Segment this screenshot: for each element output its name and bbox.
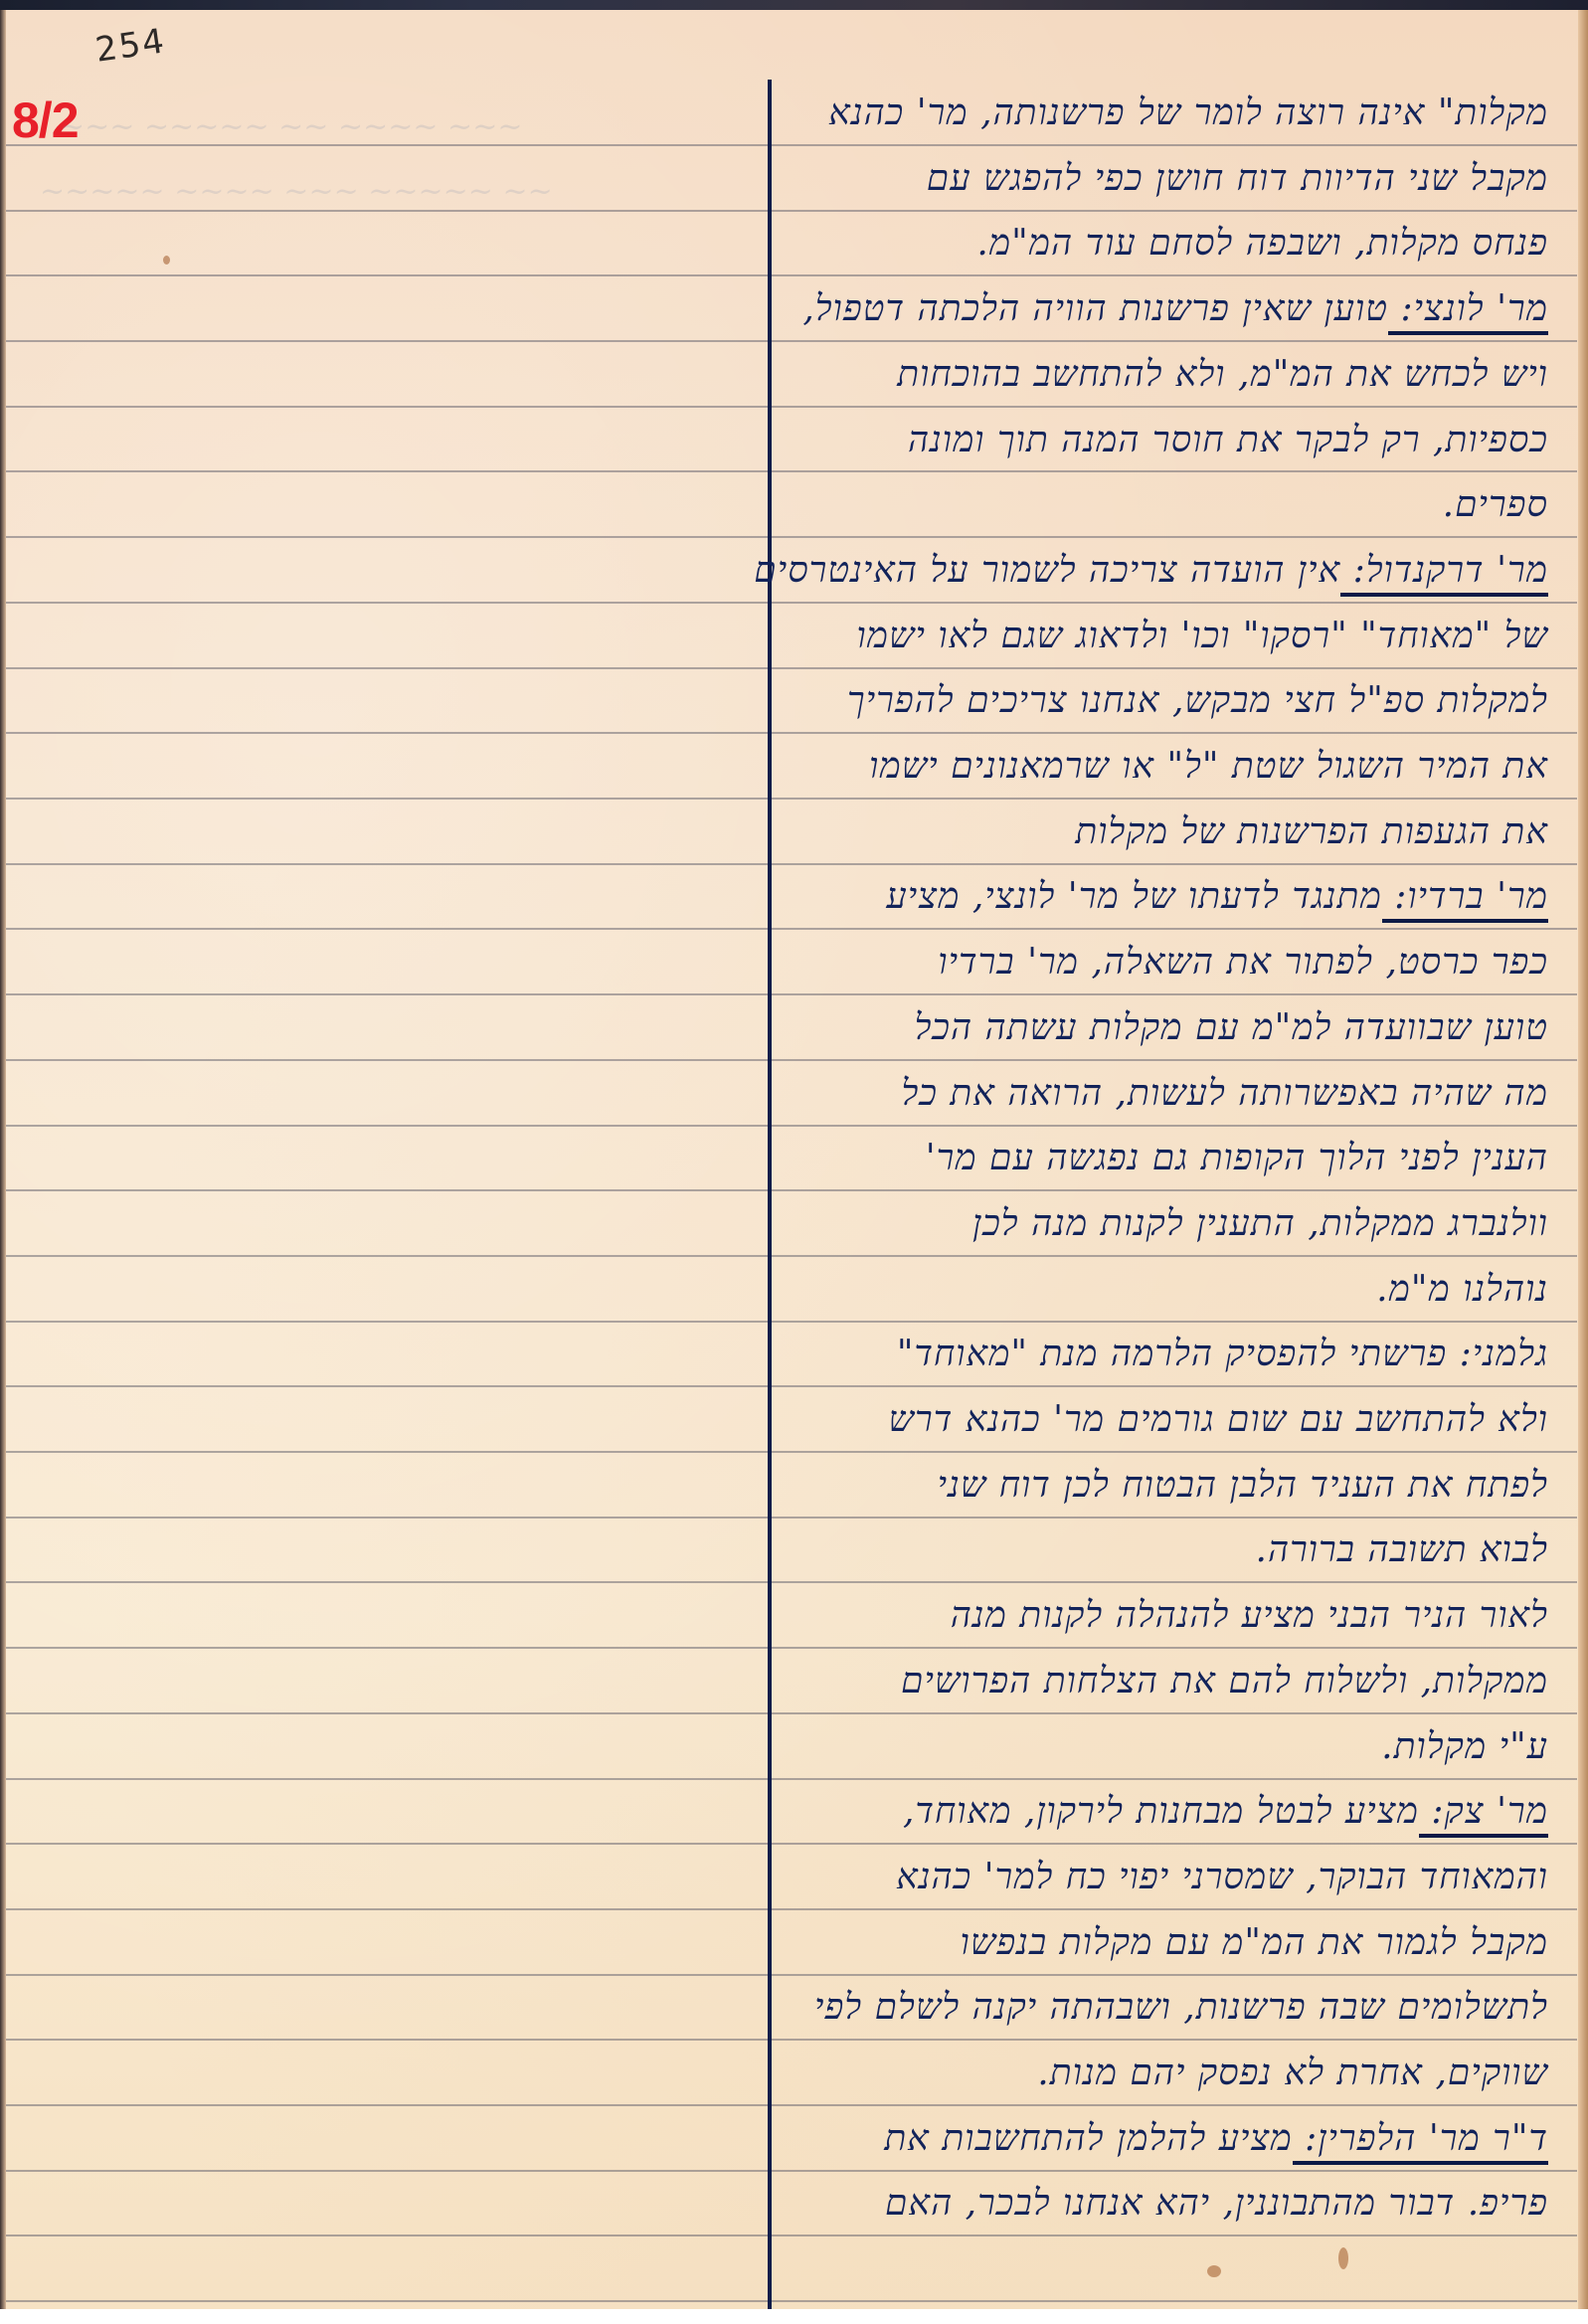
line-text: מתנגד לדעתו של מר' לונצי, מציע [886,876,1381,917]
line-text: למקלות ספ"ל חצי מבקש, אנחנו צריכים להפרי… [847,680,1548,721]
handwritten-line: פריפ. דבור מהתבוננין, יהא אנחנו לבכר, הא… [885,2182,1548,2224]
line-text: לבוא תשובה ברורה. [1256,1529,1548,1570]
ink-stain [1338,2247,1348,2269]
center-margin-line [768,80,772,2309]
speaker-label: מר' צק: [1419,1791,1548,1838]
ruled-line [6,2170,1577,2172]
bleed-through-text: ‎~~~ ~~~~ ~~ ~~~~~ ~~~ [60,109,522,144]
ruled-line [6,1778,1577,1780]
ink-stain [163,256,170,265]
line-text: טוען שבוועדה למ"מ עם מקלות עשתה הכל [915,1007,1548,1048]
speaker-label: ד"ר מר' הלפרין: [1293,2118,1548,2165]
handwritten-line: כפר כרסט, לפתור את השאלה, מר' ברדיו [938,941,1548,983]
line-text: פנחס מקלות, ושבפה לסחם עוד המ"מ. [976,223,1548,264]
ruled-line [6,732,1577,734]
ruled-line [6,1385,1577,1387]
ruled-line [6,798,1577,800]
handwritten-line: הענין לפני הלוך הקופות גם נפגשה עם מר' [926,1137,1548,1178]
line-text: מקבל שני הדיוות דוח חושן כפי להפגש עם [927,158,1548,199]
ruled-line [6,2104,1577,2106]
line-text: כפר כרסט, לפתור את השאלה, מר' ברדיו [938,942,1548,983]
handwritten-line: ויש לכחש את המ"מ, ולא להתחשב בהוכחות [897,353,1548,395]
handwritten-line: לתשלומים שבה פרשנות, ושבהתה יקנה לשלם לפ… [814,1986,1548,2028]
handwritten-line: ד"ר מר' הלפרין: מציע להלמן להתחשבות את [884,2117,1548,2159]
bleed-through-text: ~~ ~~~~~ ~~~ ~~~~ ~~~~~ [40,174,553,209]
handwritten-line: מר' לונצי: טוען שאין פרשנות הוויה הלכתה … [802,287,1548,329]
ruled-line [6,1125,1577,1127]
handwritten-line: מר' צק: מציע לבטל מבחנות לירקון, מאוחד, [903,1790,1548,1832]
handwritten-line: שווקים, אחרת לא נפסק יהם מנות. [1037,2052,1548,2093]
ruled-line [6,1581,1577,1583]
ink-stain [1207,2265,1221,2277]
ruled-line [6,1189,1577,1191]
ruled-line [6,274,1577,276]
line-text: כספיות, רק לבקר את חוסר המנה תוך ומונה [908,420,1548,460]
handwritten-line: כספיות, רק לבקר את חוסר המנה תוך ומונה [908,419,1548,460]
ruled-line [6,406,1577,408]
ruled-line [6,1059,1577,1061]
handwritten-line: גלמני: פרשתי להפסיק הלרמה מנת "מאוחד" [897,1333,1548,1374]
line-text: את הגעפות הפרשנות של מקלות [1075,811,1548,852]
line-text: מה שהיה באפשרותה לעשות, הרואה את כל [902,1073,1548,1114]
handwritten-line: ספרים. [1443,483,1548,525]
line-text: מציע להלמן להתחשבות את [884,2118,1292,2159]
ruled-line [6,1908,1577,1910]
ruled-line [6,2235,1577,2236]
line-text: ספרים. [1443,484,1548,525]
ruled-line [6,1321,1577,1323]
speaker-label: מר' לונצי: [1388,288,1548,335]
ruled-line [6,144,1577,146]
line-text: וולנברג ממקלות, התענין לקנות מנה לכן [972,1203,1548,1244]
ruled-line [6,1647,1577,1649]
ruled-line [6,1843,1577,1845]
ruled-line [6,1255,1577,1257]
handwritten-line: של "מאוחד" "רסקו" וכו' ולדאוג שגם לאו יש… [856,615,1548,656]
line-text: נוהלנו מ"מ. [1376,1269,1548,1310]
ruled-line [6,470,1577,472]
ruled-line [6,993,1577,995]
line-text: טוען שאין פרשנות הוויה הלכתה דטפול, [802,288,1388,329]
line-text: פריפ. דבור מהתבוננין, יהא אנחנו לבכר, הא… [885,2183,1548,2224]
handwritten-line: מקלות" אינה רוצה לומר של פרשנותה, מר' כה… [828,91,1548,133]
line-text: ויש לכחש את המ"מ, ולא להתחשב בהוכחות [897,354,1548,395]
ruled-line [6,1517,1577,1519]
handwritten-line: מקבל שני הדיוות דוח חושן כפי להפגש עם [927,157,1548,199]
line-text: מקלות" אינה רוצה לומר של פרשנותה, מר' כה… [828,92,1548,133]
line-text: מציע לבטל מבחנות לירקון, מאוחד, [903,1791,1419,1832]
line-text: שווקים, אחרת לא נפסק יהם מנות. [1037,2053,1548,2093]
line-text: אין הועדה צריכה לשמור על האינטרסים [754,550,1340,591]
ruled-line [6,1974,1577,1976]
handwritten-line: ע"י מקלות. [1381,1725,1548,1767]
handwritten-line: ממקלות, ולשלוח להם את הצלחות הפרושים [901,1660,1548,1701]
line-text: והמאוחד הבוקר, שמסרני יפוי כח למר' כהנא [896,1857,1548,1897]
line-text: לתשלומים שבה פרשנות, ושבהתה יקנה לשלם לפ… [814,1987,1548,2028]
line-text: של "מאוחד" "רסקו" וכו' ולדאוג שגם לאו יש… [856,616,1548,656]
ruled-line [6,536,1577,538]
handwritten-line: לאור הניר הבני מציע להנהלה לקנות מנה [951,1594,1548,1636]
ruled-line [6,602,1577,604]
line-text: גלמני: פרשתי להפסיק הלרמה מנת "מאוחד" [897,1334,1548,1374]
ruled-line [6,210,1577,212]
line-text: ע"י מקלות. [1381,1726,1548,1767]
handwritten-line: מה שהיה באפשרותה לעשות, הרואה את כל [902,1072,1548,1114]
ruled-line [6,2300,1577,2302]
ruled-line [6,928,1577,930]
page-left-edge [0,10,6,2309]
handwritten-line: לפתח את העניד הלבן הבטוח לכן דוח שני [938,1464,1548,1506]
line-text: לאור הניר הבני מציע להנהלה לקנות מנה [951,1595,1548,1636]
ruled-line [6,340,1577,342]
handwritten-line: את הגעפות הפרשנות של מקלות [1075,810,1548,852]
handwritten-line: מר' ברדיו: מתנגד לדעתו של מר' לונצי, מצי… [886,875,1548,917]
line-text: ולא להתחשב עם שום גורמים מר' כהנא דרש [889,1399,1548,1440]
scan-border-top [0,0,1588,10]
handwritten-line: לבוא תשובה ברורה. [1256,1528,1548,1570]
handwritten-line: והמאוחד הבוקר, שמסרני יפוי כח למר' כהנא [896,1856,1548,1897]
speaker-label: מר' ברדיו: [1382,876,1548,923]
ruled-line [6,667,1577,669]
handwritten-line: את המיר השגול שטת "ל" או שרמאנונים ישמו [869,745,1548,787]
line-text: לפתח את העניד הלבן הבטוח לכן דוח שני [938,1465,1548,1506]
handwritten-line: טוען שבוועדה למ"מ עם מקלות עשתה הכל [915,1006,1548,1048]
line-text: את המיר השגול שטת "ל" או שרמאנונים ישמו [869,746,1548,787]
line-text: מקבל לגמור את המ"מ עם מקלות בנפשו [961,1922,1548,1963]
ruled-line [6,2039,1577,2041]
handwritten-line: מקבל לגמור את המ"מ עם מקלות בנפשו [961,1921,1548,1963]
page-right-edge [1578,10,1588,2309]
line-text: ממקלות, ולשלוח להם את הצלחות הפרושים [901,1661,1548,1701]
speaker-label: מר' דרקנדול: [1340,550,1548,597]
handwritten-line: וולנברג ממקלות, התענין לקנות מנה לכן [972,1202,1548,1244]
handwritten-line: נוהלנו מ"מ. [1376,1268,1548,1310]
handwritten-line: מר' דרקנדול: אין הועדה צריכה לשמור על הא… [754,549,1548,591]
handwritten-line: פנחס מקלות, ושבפה לסחם עוד המ"מ. [976,222,1548,264]
ruled-line [6,863,1577,865]
handwritten-line: ולא להתחשב עם שום גורמים מר' כהנא דרש [889,1398,1548,1440]
handwritten-line: למקלות ספ"ל חצי מבקש, אנחנו צריכים להפרי… [847,679,1548,721]
ruled-line [6,1712,1577,1714]
ruled-line [6,1451,1577,1453]
line-text: הענין לפני הלוך הקופות גם נפגשה עם מר' [926,1138,1548,1178]
